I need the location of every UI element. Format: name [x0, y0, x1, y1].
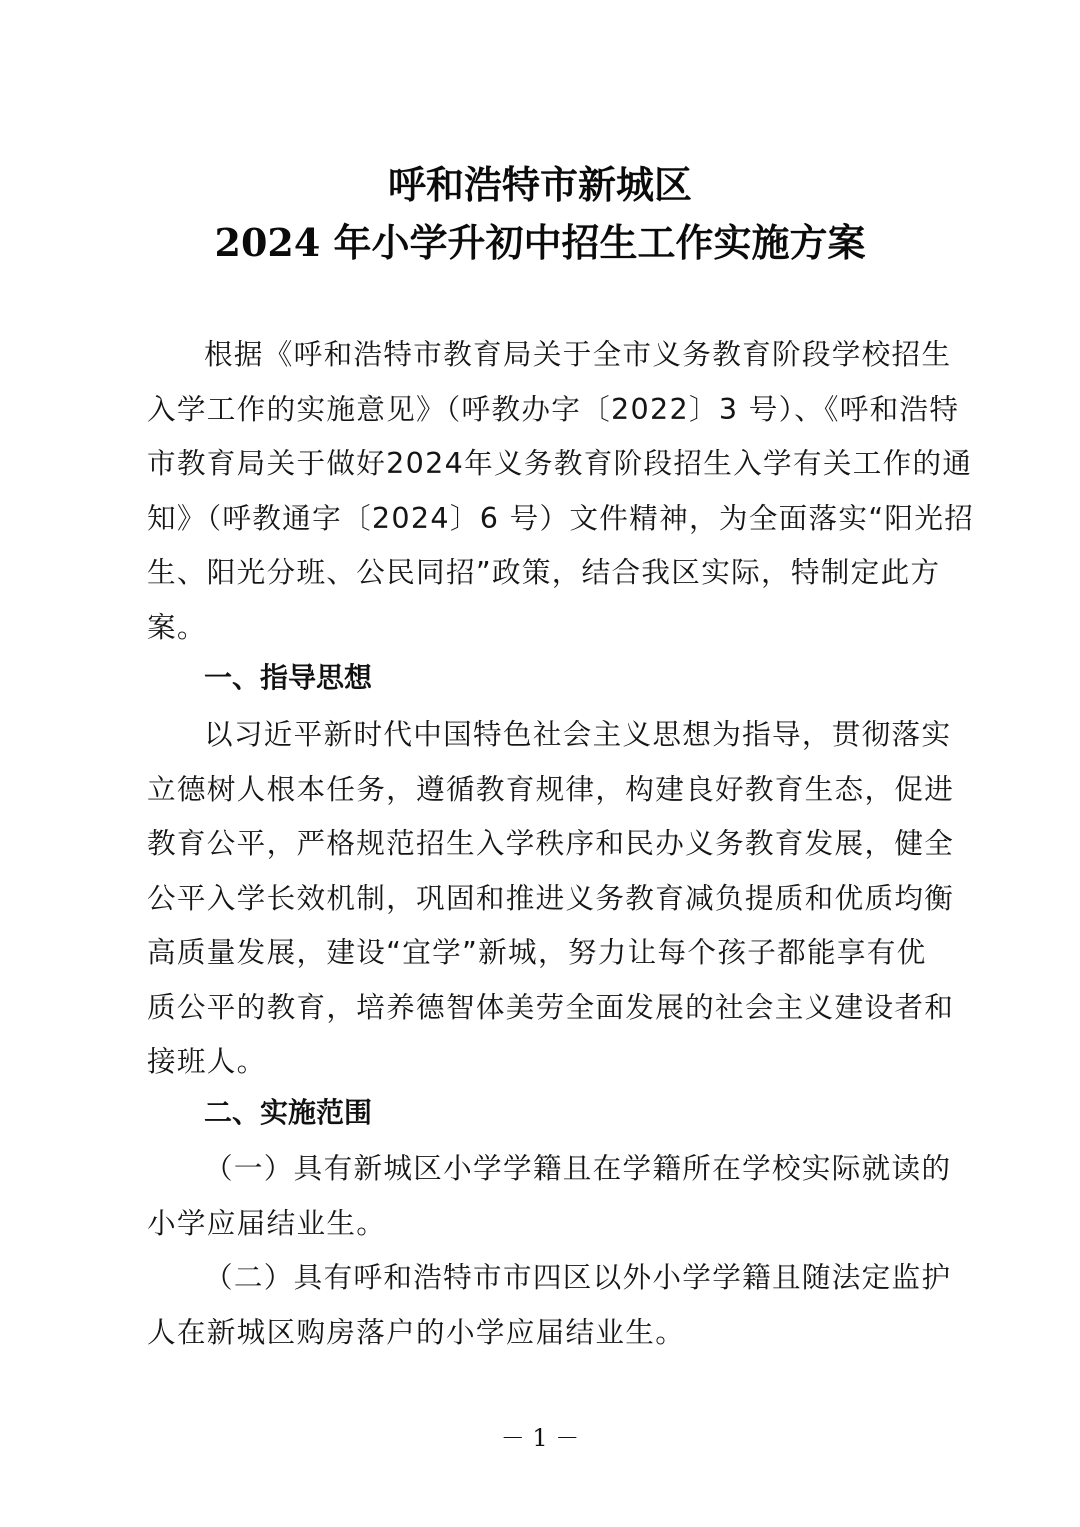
- paragraph-line: 教育公平，严格规范招生入学秩序和民办义务教育发展，健全: [147, 816, 937, 871]
- section-2-item-1: （一）具有新城区小学学籍且在学籍所在学校实际就读的 小学应届结业生。: [147, 1141, 937, 1250]
- paragraph-line: 市教育局关于做好2024年义务教育阶段招生入学有关工作的通: [147, 436, 937, 491]
- paragraph-line: 案。: [147, 600, 937, 655]
- paragraph-line: 接班人。: [147, 1034, 937, 1089]
- paragraph-line: 入学工作的实施意见》（呼教办字〔2022〕3 号）、《呼和浩特: [147, 382, 937, 437]
- paragraph-line: 质公平的教育，培养德智体美劳全面发展的社会主义建设者和: [147, 980, 937, 1035]
- paragraph-line: 根据《呼和浩特市教育局关于全市义务教育阶段学校招生: [147, 327, 937, 382]
- document-title-line-2: 2024 年小学升初中招生工作实施方案: [0, 220, 1080, 266]
- document-title-line-1: 呼和浩特市新城区: [0, 162, 1080, 208]
- paragraph-line: 生、阳光分班、公民同招”政策，结合我区实际，特制定此方: [147, 545, 937, 600]
- paragraph-line: 小学应届结业生。: [147, 1196, 937, 1251]
- section-1-paragraph: 以习近平新时代中国特色社会主义思想为指导，贯彻落实 立德树人根本任务，遵循教育规…: [147, 707, 937, 1089]
- page-number: － 1 －: [0, 1422, 1080, 1454]
- section-heading-scope: 二、实施范围: [204, 1093, 372, 1133]
- paragraph-line: 立德树人根本任务，遵循教育规律，构建良好教育生态，促进: [147, 762, 937, 817]
- paragraph-line: 公平入学长效机制，巩固和推进义务教育减负提质和优质均衡: [147, 871, 937, 926]
- paragraph-line: 人在新城区购房落户的小学应届结业生。: [147, 1305, 937, 1360]
- intro-paragraph: 根据《呼和浩特市教育局关于全市义务教育阶段学校招生 入学工作的实施意见》（呼教办…: [147, 327, 937, 654]
- paragraph-line: （二）具有呼和浩特市市四区以外小学学籍且随法定监护: [147, 1250, 937, 1305]
- paragraph-line: 知》（呼教通字〔2024〕6 号）文件精神，为全面落实“阳光招: [147, 491, 937, 546]
- paragraph-line: （一）具有新城区小学学籍且在学籍所在学校实际就读的: [147, 1141, 937, 1196]
- section-2-item-2: （二）具有呼和浩特市市四区以外小学学籍且随法定监护 人在新城区购房落户的小学应届…: [147, 1250, 937, 1359]
- paragraph-line: 以习近平新时代中国特色社会主义思想为指导，贯彻落实: [147, 707, 937, 762]
- paragraph-line: 高质量发展，建设“宜学”新城，努力让每个孩子都能享有优: [147, 925, 937, 980]
- section-heading-guiding-ideology: 一、指导思想: [204, 658, 372, 698]
- document-page: 呼和浩特市新城区 2024 年小学升初中招生工作实施方案 根据《呼和浩特市教育局…: [0, 0, 1080, 1527]
